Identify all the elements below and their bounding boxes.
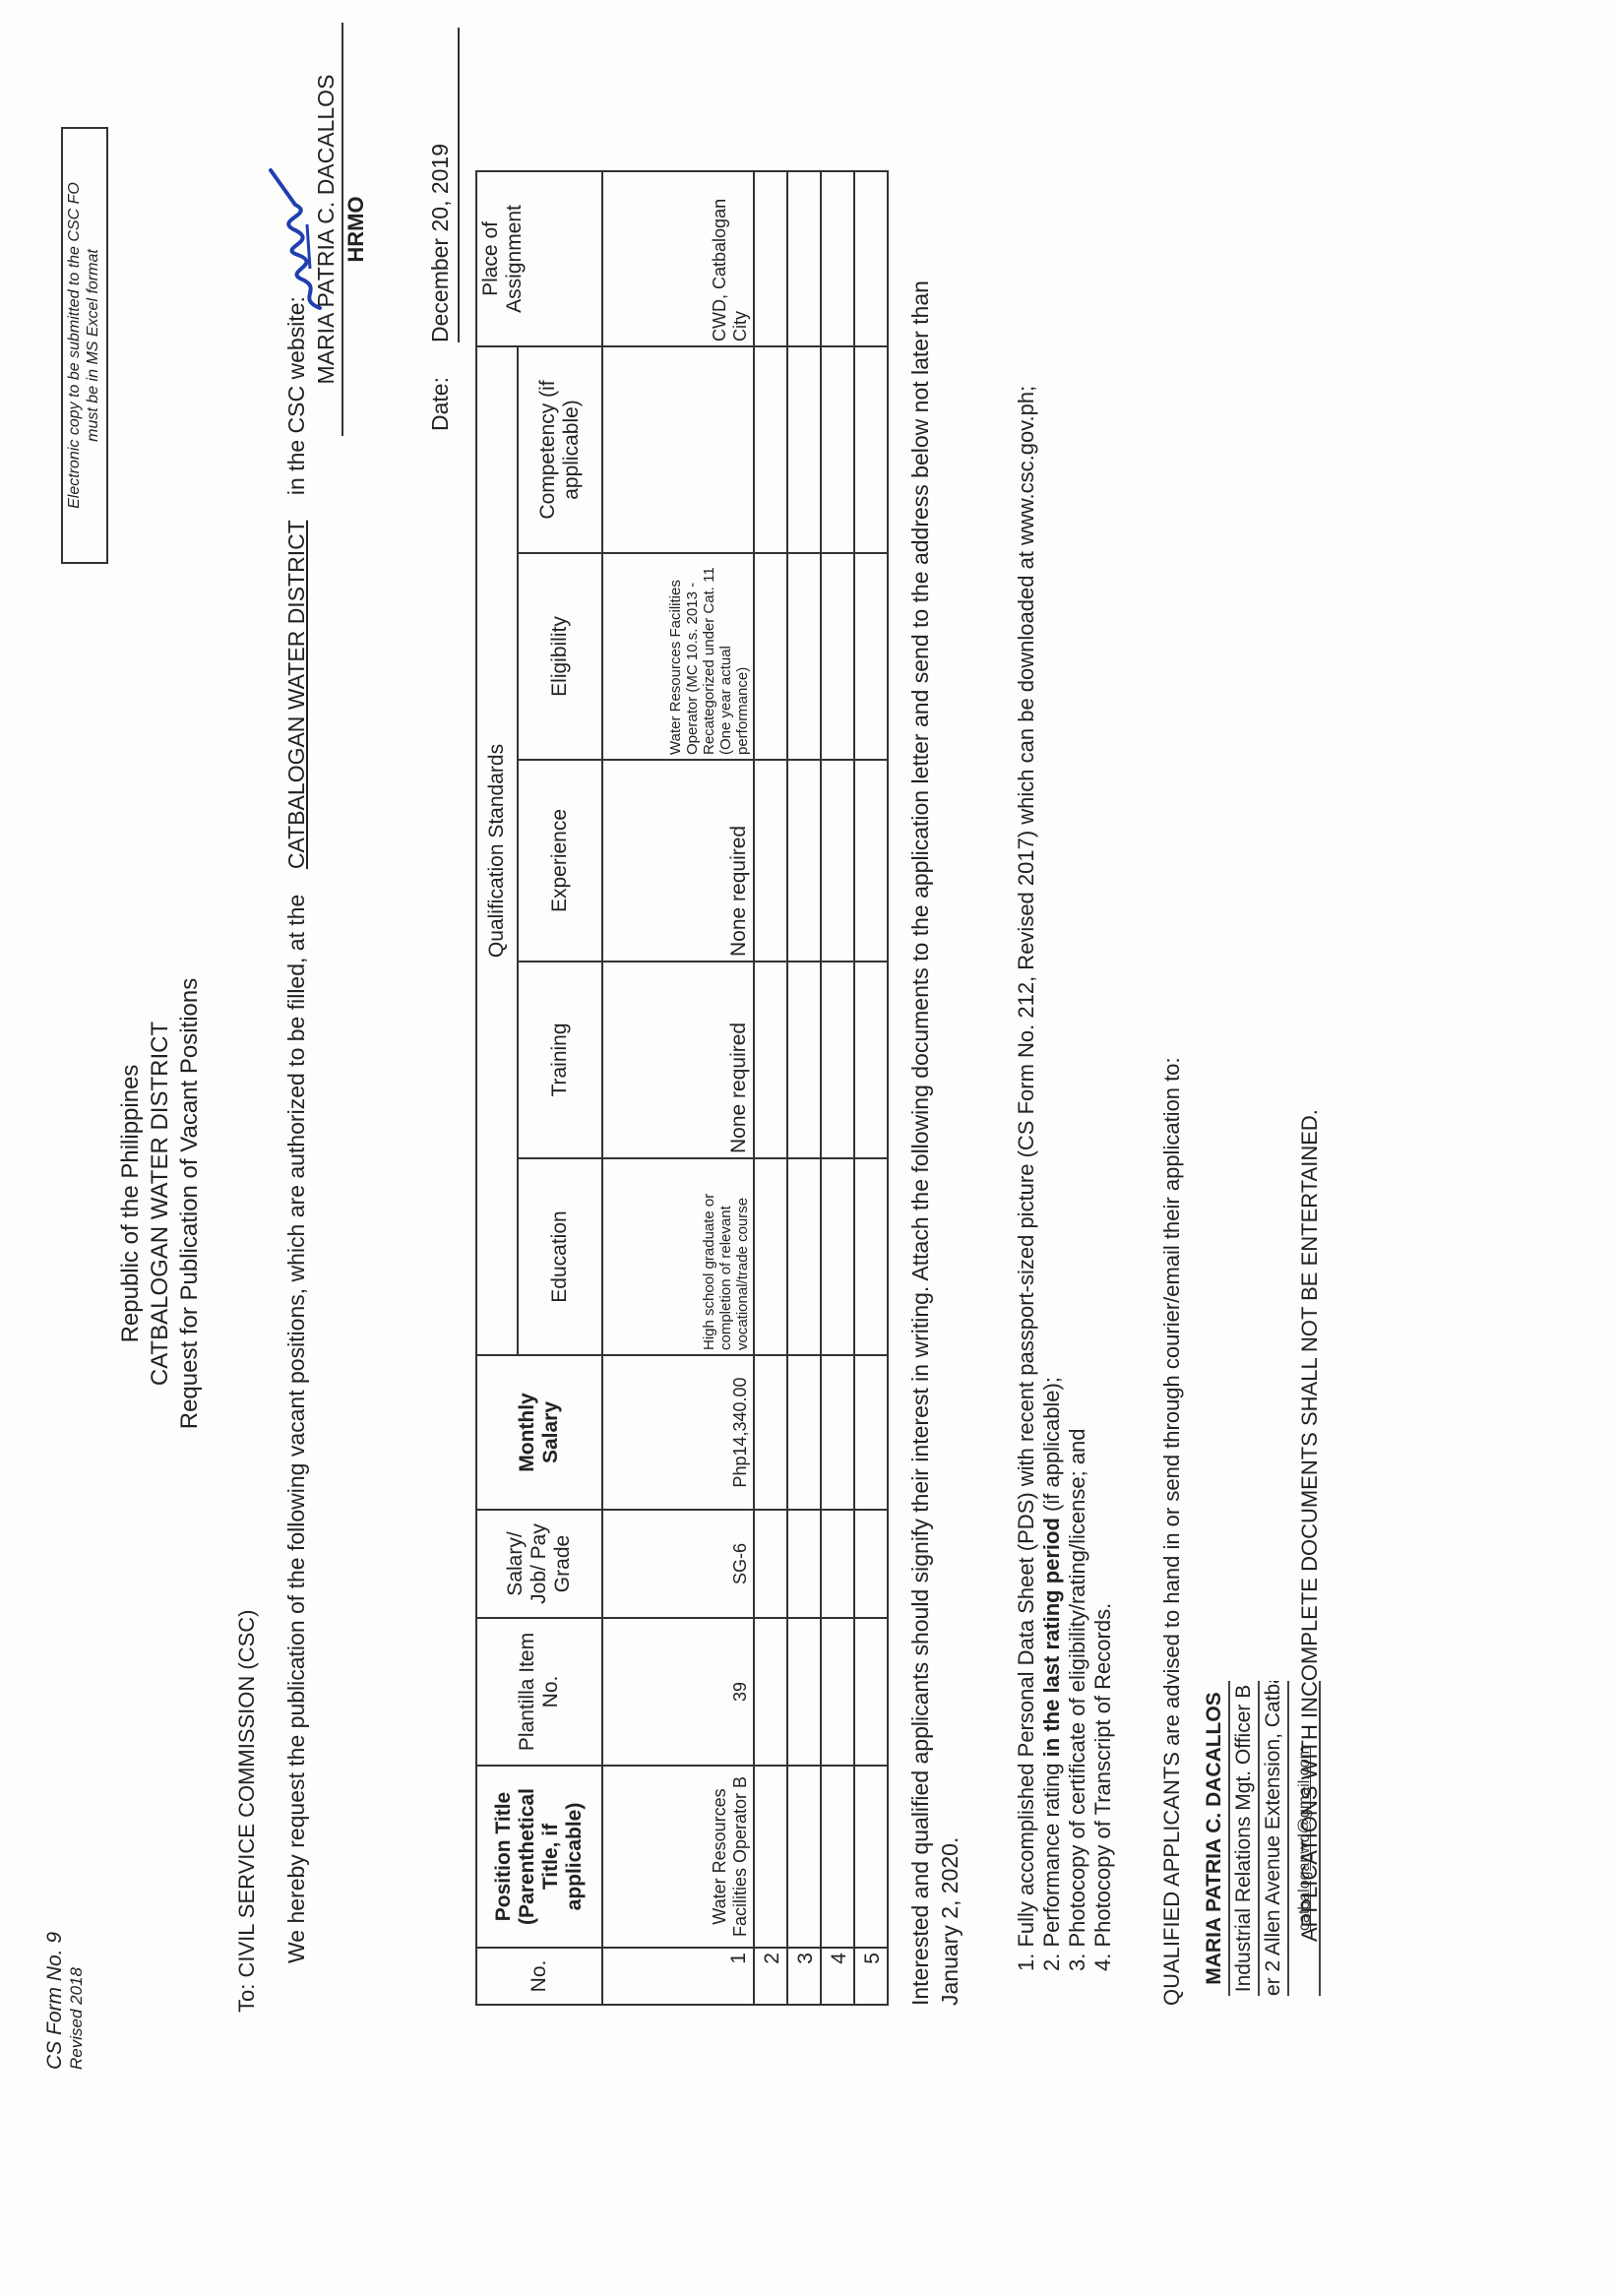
cell-salary-grade: SG-6	[602, 1510, 754, 1618]
cell-training: None required	[602, 962, 754, 1158]
header-title: Request for Publication of Vacant Positi…	[175, 800, 205, 1607]
form-number-block: CS Form No. 9 Revised 2018	[44, 1932, 88, 2070]
header-salary-grade: Salary/ Job/ Pay Grade	[476, 1510, 602, 1618]
header-experience: Experience	[518, 760, 602, 962]
contact-address: er 2 Allen Avenue Extension, Catbalogan …	[1260, 1681, 1289, 1996]
requirement-item: 3. Photocopy of certificate of eligibili…	[1065, 386, 1090, 1971]
interest-paragraph: Interested and qualified applicants shou…	[905, 215, 964, 2006]
header-eligibility: Eligibility	[518, 553, 602, 760]
addressee: To: CIVIL SERVICE COMMISSION (CSC)	[234, 1609, 260, 2013]
electronic-note-line2: must be in MS Excel format	[84, 129, 102, 562]
requirement-item: 1. Fully accomplished Personal Data Shee…	[1014, 386, 1039, 1971]
form-revision: Revised 2018	[66, 1932, 88, 2070]
cell-monthly-salary: Php14,340.00	[602, 1355, 754, 1510]
requirement-item: 2. Performance rating in the last rating…	[1039, 386, 1065, 1971]
header-training: Training	[518, 962, 602, 1158]
cell-place: CWD, Catbalogan City	[602, 171, 754, 346]
table-row: 2	[754, 171, 787, 2005]
header-no: No.	[476, 1948, 602, 2005]
cell-no: 5	[854, 1948, 888, 2005]
header-education: Education	[518, 1158, 602, 1355]
cell-experience: None required	[602, 760, 754, 962]
incomplete-warning: APPLICATIONS WITH INCOMPLETE DOCUMENTS S…	[1297, 1109, 1323, 1942]
contact-name: MARIA PATRIA C. DACALLOS	[1201, 1681, 1230, 1996]
cell-no: 4	[821, 1948, 854, 2005]
header-agency: CATBALOGAN WATER DISTRICT	[146, 800, 175, 1607]
request-suffix: in the CSC website:	[283, 296, 309, 495]
request-statement: We hereby request the publication of the…	[283, 296, 310, 1963]
electronic-note-line1: Electronic copy to be submitted to the C…	[65, 129, 84, 562]
form-number: CS Form No. 9	[44, 1932, 66, 2070]
date-label: Date:	[427, 377, 454, 431]
header-place: Place of Assignment	[476, 171, 602, 346]
cell-plantilla: 39	[602, 1618, 754, 1766]
signatory-role: HRMO	[343, 23, 369, 436]
cell-eligibility: Water Resources Facilities Operator (MC …	[602, 553, 754, 760]
cell-no: 1	[602, 1948, 754, 2005]
table-row: 3	[787, 171, 821, 2005]
cell-education: High school graduate or completion of re…	[602, 1158, 754, 1355]
date-value: December 20, 2019	[427, 28, 460, 342]
signatory-block: MARIA PATRIA C. DACALLOS HRMO	[313, 23, 369, 436]
table-row: 5	[854, 171, 888, 2005]
header-monthly-salary: Monthly Salary	[476, 1355, 602, 1510]
header-competency: Competency (if applicable)	[518, 346, 602, 553]
cell-competency	[602, 346, 754, 553]
requirement-item: 4. Photocopy of Transcript of Records.	[1090, 386, 1116, 1971]
table-row: 1 Water Resources Facilities Operator B …	[602, 171, 754, 2005]
cell-no: 3	[787, 1948, 821, 2005]
cell-no: 2	[754, 1948, 787, 2005]
rotated-form-page: CS Form No. 9 Revised 2018 Electronic co…	[0, 0, 1615, 2296]
document-header: Republic of the Philippines CATBALOGAN W…	[116, 800, 205, 1607]
request-prefix: We hereby request the publication of the…	[283, 895, 309, 1963]
header-qualification-standards: Qualification Standards	[476, 346, 518, 1355]
header-plantilla: Plantilla Item No.	[476, 1618, 602, 1766]
electronic-copy-note: Electronic copy to be submitted to the C…	[61, 127, 108, 564]
signature-icon	[266, 160, 335, 318]
vacant-positions-table: No. Position Title (Parenthetical Title,…	[475, 170, 889, 2006]
header-position-title: Position Title (Parenthetical Title, if …	[476, 1766, 602, 1948]
advise-statement: QUALIFIED APPLICANTS are advised to hand…	[1159, 1057, 1185, 2006]
contact-title: Industrial Relations Mgt. Officer B	[1230, 1681, 1260, 1996]
header-country: Republic of the Philippines	[116, 800, 146, 1607]
cell-position-title: Water Resources Facilities Operator B	[602, 1766, 754, 1948]
table-row: 4	[821, 171, 854, 2005]
request-agency: CATBALOGAN WATER DISTRICT	[283, 521, 309, 869]
requirements-list: 1. Fully accomplished Personal Data Shee…	[1014, 386, 1116, 1971]
